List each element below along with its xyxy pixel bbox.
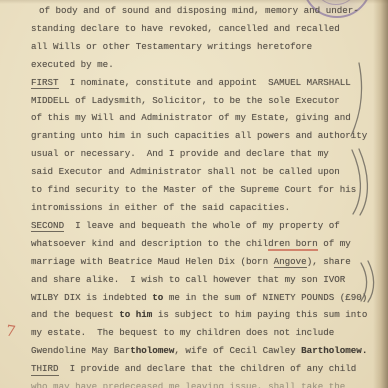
text-segment: MIDDELL of Ladysmith, Solicitor, to be t… — [31, 95, 340, 106]
text-segment: Angove — [274, 256, 307, 269]
text-line: my estate. The bequest to my children do… — [31, 324, 387, 342]
text-line: intromissions in either of the said capa… — [31, 199, 387, 217]
text-segment: to — [152, 292, 163, 303]
text-line: Gwendoline May Bartholomew, wife of Ceci… — [31, 342, 387, 360]
text-line: THIRD I provide and declare that the chi… — [31, 360, 387, 378]
text-segment: granting unto him in such capacities all… — [31, 130, 367, 141]
text-segment: intromissions in either of the said capa… — [31, 202, 290, 213]
text-line: usual or necessary. And I provide and de… — [31, 145, 387, 163]
text-segment: ), share — [307, 256, 351, 267]
text-line: who may have predeceased me leaving issu… — [31, 378, 387, 388]
text-line: standing declare to have revoked, cancel… — [31, 20, 387, 38]
text-segment: of my — [318, 238, 351, 249]
text-segment: marriage with Beatrice Maud Helen Dix (b… — [31, 256, 274, 267]
text-segment: tholomew — [130, 345, 174, 356]
text-segment: to him — [119, 309, 152, 320]
text-line: FIRST I nominate, constitute and appoint… — [31, 74, 387, 92]
text-segment: me in the sum of NINETY POUNDS (£90) — [163, 292, 367, 303]
text-line: all Wills or other Testamentary writings… — [31, 38, 387, 56]
text-line: whatsoever kind and description to the c… — [31, 235, 387, 253]
text-segment: dren born — [268, 238, 318, 252]
red-pencil-mark: 7 — [5, 321, 17, 340]
text-segment: WILBY DIX is indebted — [31, 292, 152, 303]
text-segment: I provide and declare that the children … — [59, 363, 357, 374]
text-line: of this my Will and Administrator of my … — [31, 109, 387, 127]
text-segment: FIRST — [31, 77, 59, 90]
text-segment: and share alike. I wish to call however … — [31, 274, 345, 285]
text-line: to find security to the Master of the Su… — [31, 181, 387, 199]
text-segment: standing declare to have revoked, cancel… — [31, 23, 340, 34]
text-segment: of body and of sound and disposing mind,… — [39, 5, 359, 16]
text-segment: said Executor and Administrator shall no… — [31, 166, 340, 177]
text-segment: of this my Will and Administrator of my … — [31, 112, 351, 123]
document-text: of body and of sound and disposing mind,… — [31, 2, 387, 388]
text-line: executed by me. — [31, 56, 387, 74]
text-segment: my estate. The bequest to my children do… — [31, 327, 334, 338]
text-segment: I nominate, constitute and appoint SAMUE… — [59, 77, 351, 88]
text-line: SECOND I leave and bequeath the whole of… — [31, 217, 387, 235]
text-segment: executed by me. — [31, 59, 114, 70]
text-segment: to find security to the Master of the Su… — [31, 184, 356, 195]
text-line: and the bequest to him is subject to him… — [31, 306, 387, 324]
text-line: marriage with Beatrice Maud Helen Dix (b… — [31, 253, 387, 271]
text-line: WILBY DIX is indebted to me in the sum o… — [31, 289, 387, 307]
text-line: of body and of sound and disposing mind,… — [31, 2, 387, 20]
text-segment: Bartholomew. — [301, 345, 367, 356]
document-page: of body and of sound and disposing mind,… — [0, 0, 388, 388]
text-line: granting unto him in such capacities all… — [31, 127, 387, 145]
top-edge-shadow — [0, 0, 388, 4]
text-segment: THIRD — [31, 363, 59, 376]
text-segment: , wife of Cecil Cawley — [174, 345, 301, 356]
text-segment: usual or necessary. And I provide and de… — [31, 148, 329, 159]
text-segment: whatsoever kind and description to the c… — [31, 238, 268, 249]
text-segment: who may have predeceased me leaving issu… — [31, 381, 345, 388]
text-segment: is subject to him paying this sum into — [152, 309, 367, 320]
text-line: and share alike. I wish to call however … — [31, 271, 387, 289]
text-segment: SECOND — [31, 220, 64, 233]
text-segment: and the bequest — [31, 309, 119, 320]
text-segment: all Wills or other Testamentary writings… — [31, 41, 312, 52]
text-line: MIDDELL of Ladysmith, Solicitor, to be t… — [31, 92, 387, 110]
text-segment: Gwendoline May Bar — [31, 345, 130, 356]
text-line: said Executor and Administrator shall no… — [31, 163, 387, 181]
text-segment: I leave and bequeath the whole of my pro… — [64, 220, 340, 231]
